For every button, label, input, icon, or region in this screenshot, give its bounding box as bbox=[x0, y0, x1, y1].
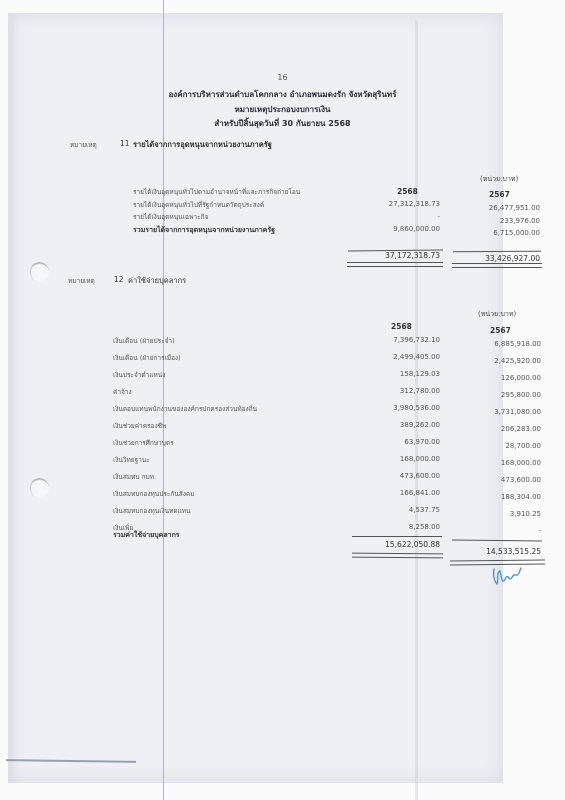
value-2567: 295,800.00 bbox=[451, 391, 541, 399]
value-2567: 3,910.25 bbox=[451, 510, 541, 518]
value-2567: 6,885,918.00 bbox=[451, 340, 541, 348]
page-number: 16 bbox=[0, 73, 565, 82]
value-2567: 473,600.00 bbox=[451, 476, 541, 484]
total-2567: 14,533,515.25 bbox=[451, 547, 541, 556]
total-rule-2568 bbox=[347, 262, 443, 267]
total-2568: 15,622,050.88 bbox=[350, 540, 440, 549]
total-2567: 33,426,927.00 bbox=[450, 254, 540, 263]
organization-title: องค์การบริหารส่วนตำบลโคกกลาง อำเภอพนมดงร… bbox=[0, 88, 565, 101]
year-header-2567: 2567 bbox=[489, 190, 510, 199]
value-2567: 28,700.00 bbox=[451, 442, 541, 450]
unit-label: (หน่วย:บาท) bbox=[480, 174, 518, 185]
value-2568: - bbox=[350, 213, 440, 221]
note-label: หมายเหตุ bbox=[68, 276, 95, 286]
value-2567: 168,000.00 bbox=[451, 459, 541, 467]
value-2567: 6,715,000.00 bbox=[450, 229, 540, 237]
note-title: ค่าใช้จ่ายบุคลากร bbox=[128, 275, 186, 287]
row-label: เงินประจำตำแหน่ง bbox=[113, 370, 165, 380]
year-header-2567: 2567 bbox=[490, 326, 511, 335]
value-2567: 233,976.00 bbox=[450, 217, 540, 225]
value-2567: 3,731,080.00 bbox=[451, 408, 541, 416]
unit-label: (หน่วย:บาท) bbox=[478, 309, 516, 320]
punch-hole bbox=[30, 478, 49, 498]
total-label: รวมรายได้จากการอุดหนุนจากหน่วยงานภาครัฐ bbox=[133, 225, 275, 236]
punch-hole bbox=[30, 262, 49, 282]
value-2568: 7,396,732.10 bbox=[350, 336, 440, 344]
subtotal-rule-2568 bbox=[352, 536, 442, 537]
value-2568: 166,841.00 bbox=[350, 489, 440, 497]
value-2568: 158,129.03 bbox=[350, 370, 440, 378]
value-2567: 188,304.00 bbox=[451, 493, 541, 501]
value-2568: 2,499,405.00 bbox=[350, 353, 440, 361]
value-2567: 2,425,920.00 bbox=[451, 357, 541, 365]
value-2567: - bbox=[451, 527, 541, 535]
note-number: 11 bbox=[120, 139, 130, 148]
row-label: เงินวิทยฐานะ bbox=[113, 455, 150, 465]
signature-mark bbox=[490, 565, 522, 587]
note-title: รายได้จากการอุดหนุนจากหน่วยงานภาครัฐ bbox=[133, 139, 272, 151]
row-label: เงินตอบแทนพนักงานขององค์กรปกครองส่วนท้อง… bbox=[113, 404, 257, 414]
document-subtitle: หมายเหตุประกอบงบการเงิน bbox=[0, 103, 565, 116]
period-title: สำหรับปีสิ้นสุดวันที่ 30 กันยายน 2568 bbox=[0, 117, 565, 130]
year-header-2568: 2568 bbox=[391, 322, 412, 331]
row-label: รายได้เงินอุดหนุนทั่วไปที่รัฐกำหนดวัตถุป… bbox=[133, 200, 264, 210]
row-label: เงินช่วยการศึกษาบุตร bbox=[113, 438, 174, 448]
note-label: หมายเหตุ bbox=[70, 140, 97, 150]
row-label: ค่าจ้าง bbox=[113, 387, 132, 397]
value-2567: 126,000.00 bbox=[451, 374, 541, 382]
row-label: เงินสมทบกองทุนประกันสังคม bbox=[113, 489, 195, 499]
value-2568: 312,780.00 bbox=[350, 387, 440, 395]
total-rule-2568 bbox=[352, 553, 443, 559]
value-2567: 206,283.00 bbox=[451, 425, 541, 433]
total-2568: 37,172,318.73 bbox=[350, 251, 440, 260]
value-2568: 27,312,318.73 bbox=[350, 200, 440, 208]
total-rule-2567 bbox=[452, 263, 542, 268]
value-2568: 3,980,536.00 bbox=[350, 404, 440, 412]
row-label: เงินสมทบกองทุนเงินทดแทน bbox=[113, 506, 191, 516]
row-label: รายได้เงินอุดหนุนเฉพาะกิจ bbox=[133, 212, 208, 222]
value-2568: 9,860,000.00 bbox=[350, 225, 440, 233]
value-2567: 26,477,951.00 bbox=[450, 204, 540, 212]
note-number: 12 bbox=[114, 275, 124, 284]
value-2568: 389,262.00 bbox=[350, 421, 440, 429]
total-label: รวมค่าใช้จ่ายบุคลากร bbox=[113, 530, 180, 541]
row-label: รายได้เงินอุดหนุนทั่วไปตามอำนาจหน้าที่แล… bbox=[133, 187, 300, 197]
value-2568: 8,258.00 bbox=[350, 523, 440, 531]
value-2568: 168,000.00 bbox=[350, 455, 440, 463]
row-label: เงินช่วยค่าครองชีพ bbox=[113, 421, 166, 431]
value-2568: 473,600.00 bbox=[350, 472, 440, 480]
row-label: เงินสมทบ กบท. bbox=[113, 472, 156, 482]
row-label: เงินเดือน (ฝ่ายการเมือง) bbox=[113, 353, 181, 363]
value-2568: 63,970.00 bbox=[350, 438, 440, 446]
value-2568: 4,537.75 bbox=[350, 506, 440, 514]
year-header-2568: 2568 bbox=[397, 187, 418, 196]
row-label: เงินเดือน (ฝ่ายประจำ) bbox=[113, 336, 175, 346]
